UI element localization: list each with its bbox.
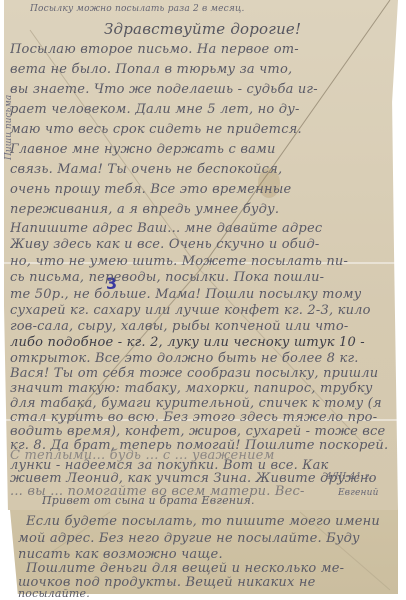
letter-line: сухарей кг. сахару или лучше конфет кг. … [10,303,371,318]
postscript-line: Пошлите деньги для вещей и несколько ме- [26,561,344,576]
letter-line: стал курить во всю. Без этого здесь тяже… [10,410,377,425]
letter-line: Главное мне нужно держать с вами [10,142,276,157]
letter-line: сь письма, переводы, посылки. Пока пошли… [10,270,324,285]
letter-line: очень прошу тебя. Все это временные [10,182,291,197]
postscript-line: Если будете посылать, то пишите моего им… [26,514,380,529]
letter-line: маю что весь срок сидеть не придется. [10,122,302,137]
letter-line: водить время), конфет, жиров, сухарей - … [10,424,385,439]
signoff: Привет от сына и брата Евгения. [42,494,255,507]
greeting: Здравствуйте дорогие! [104,20,301,38]
postscript-line: писать как возможно чаще. [18,547,223,562]
letter-line: значит такую: табаку, махорки, папирос, … [10,381,373,396]
letter-line: открыток. Все это должно быть не более 8… [10,351,359,366]
letter-line: Напишите адрес Ваш... мне давайте адрес [10,221,322,236]
letter-line: вы знаете. Что же поделаешь - судьба иг- [10,82,318,97]
date: 4/III-41 г. [326,472,372,482]
letter-line: вета не было. Попал в тюрьму за что, [10,62,292,77]
letter-line: Посылаю второе письмо. На первое от- [10,42,299,57]
letter-line: переживания, а я впредь умнее буду. [10,202,279,217]
signature: Евгений [338,488,379,498]
postscript-line: мой адрес. Без него другие не посылайте.… [18,531,360,546]
letter-line: либо подобное - кг. 2, луку или чесноку … [10,335,365,350]
postscript-line: посылайте. [18,587,90,600]
letter-line: для табака, бумаги курительной, спичек к… [10,396,382,411]
letter-line: но, что не умею шить. Можете посылать пи… [10,254,348,269]
letter-line: Живу здесь как и все. Очень скучно и оби… [10,237,320,252]
letter-line: Вася! Ты от себя тоже сообрази посылку, … [10,366,378,381]
letter-line: гов-сала, сыру, халвы, рыбы копченой или… [10,319,348,334]
letter-line: те 50р., не больше. Мама! Пошли посылку … [10,287,361,302]
letter-line: рает человеком. Дали мне 5 лет, но ду- [10,102,300,117]
top-note: Посылку можно посылать раза 2 в месяц. [30,4,245,14]
letter-line: связь. Мама! Ты очень не беспокойся, [10,162,282,177]
